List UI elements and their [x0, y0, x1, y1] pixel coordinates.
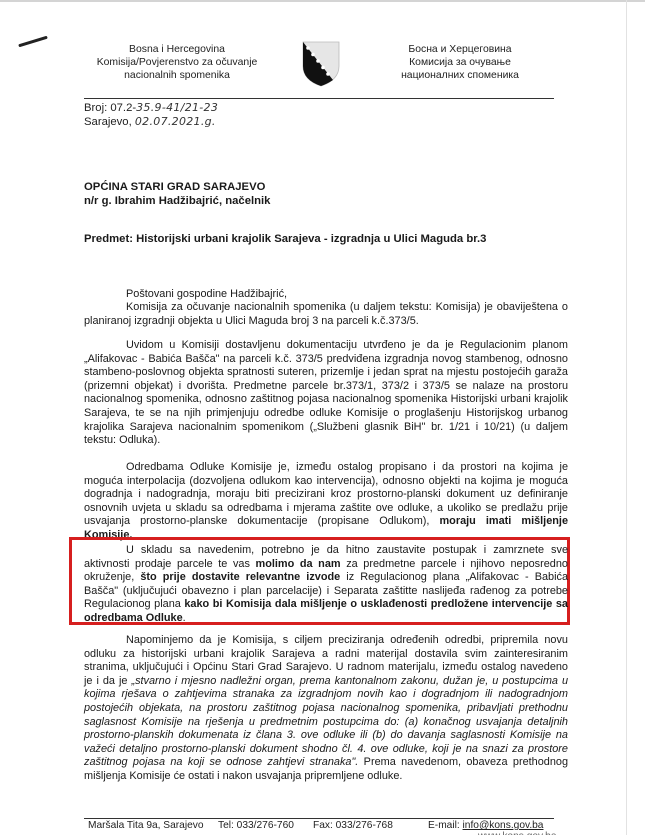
bih-coat-of-arms-icon — [299, 40, 343, 88]
footer-divider — [84, 818, 554, 819]
header-latin-line: Komisija/Povjerenstvo za očuvanje — [68, 56, 286, 69]
paragraph-5: Napominjemo da je Komisija, s ciljem pre… — [84, 634, 568, 784]
recipient-person: n/r g. Ibrahim Hadžibajrić, načelnik — [84, 194, 270, 208]
footer-fax: Fax: 033/276-768 — [313, 820, 393, 831]
paragraph-4-text: U skladu sa navedenim, potrebno je da hi… — [84, 544, 568, 626]
header-cyrillic-line: Комисија за очување — [380, 56, 540, 69]
footer-web[interactable]: www.kons.gov.ba — [478, 831, 557, 835]
reference-handwritten: 35.9-41/21-23 — [136, 101, 218, 114]
recipient-org: OPĆINA STARI GRAD SARAJEVO — [84, 180, 270, 194]
greeting: Poštovani gospodine Hadžibajrić, — [84, 288, 568, 302]
p4-part: . — [183, 612, 186, 624]
header-latin-line: Bosna i Hercegovina — [68, 43, 286, 56]
pen-mark — [18, 36, 48, 48]
paragraph-1: Komisija za očuvanje nacionalnih spomeni… — [84, 301, 568, 328]
paragraph-1-text: Komisija za očuvanje nacionalnih spomeni… — [84, 301, 568, 328]
p5-quote: „stvarno i mjesno nadležni organ, prema … — [84, 675, 568, 769]
recipient: OPĆINA STARI GRAD SARAJEVO n/r g. Ibrahi… — [84, 180, 270, 208]
reference-label: Broj: 07.2- — [84, 102, 136, 114]
place-date: Sarajevo, 02.07.2021.g. — [84, 115, 216, 129]
p4-bold: što prije dostavite relevantne izvode — [140, 571, 340, 583]
date-handwritten: 02.07.2021.g. — [135, 115, 216, 128]
greeting-text: Poštovani gospodine Hadžibajrić, — [84, 288, 568, 302]
paragraph-4-highlighted: U skladu sa navedenim, potrebno je da hi… — [84, 544, 568, 626]
header-latin: Bosna i Hercegovina Komisija/Povjerenstv… — [68, 43, 286, 82]
header-divider — [84, 98, 554, 99]
footer-email: E-mail: info@kons.gov.ba — [428, 820, 543, 831]
paragraph-5-text: Napominjemo da je Komisija, s ciljem pre… — [84, 634, 568, 784]
header-cyrillic: Босна и Херцеговина Комисија за очување … — [380, 43, 540, 82]
paragraph-3: Odredbama Odluke Komisije je, između ost… — [84, 461, 568, 543]
header-cyrillic-line: Босна и Херцеговина — [380, 43, 540, 56]
page-right-edge — [626, 0, 627, 835]
p4-bold: molimo da nam — [256, 558, 341, 570]
page-top-edge — [0, 0, 645, 2]
reference-number: Broj: 07.2-35.9-41/21-23 — [84, 101, 218, 115]
footer-tel: Tel: 033/276-760 — [218, 820, 294, 831]
place-label: Sarajevo, — [84, 116, 132, 128]
paragraph-2-text: Uvidom u Komisiji dostavljenu dokumentac… — [84, 339, 568, 448]
paragraph-2: Uvidom u Komisiji dostavljenu dokumentac… — [84, 339, 568, 448]
subject-line: Predmet: Historijski urbani krajolik Sar… — [84, 233, 486, 245]
header-latin-line: nacionalnih spomenika — [68, 69, 286, 82]
email-link[interactable]: info@kons.gov.ba — [463, 820, 544, 831]
paragraph-3-text: Odredbama Odluke Komisije je, između ost… — [84, 461, 568, 543]
header-cyrillic-line: националних споменика — [380, 69, 540, 82]
email-label: E-mail: — [428, 820, 463, 831]
footer-address: Maršala Tita 9a, Sarajevo — [88, 820, 204, 831]
